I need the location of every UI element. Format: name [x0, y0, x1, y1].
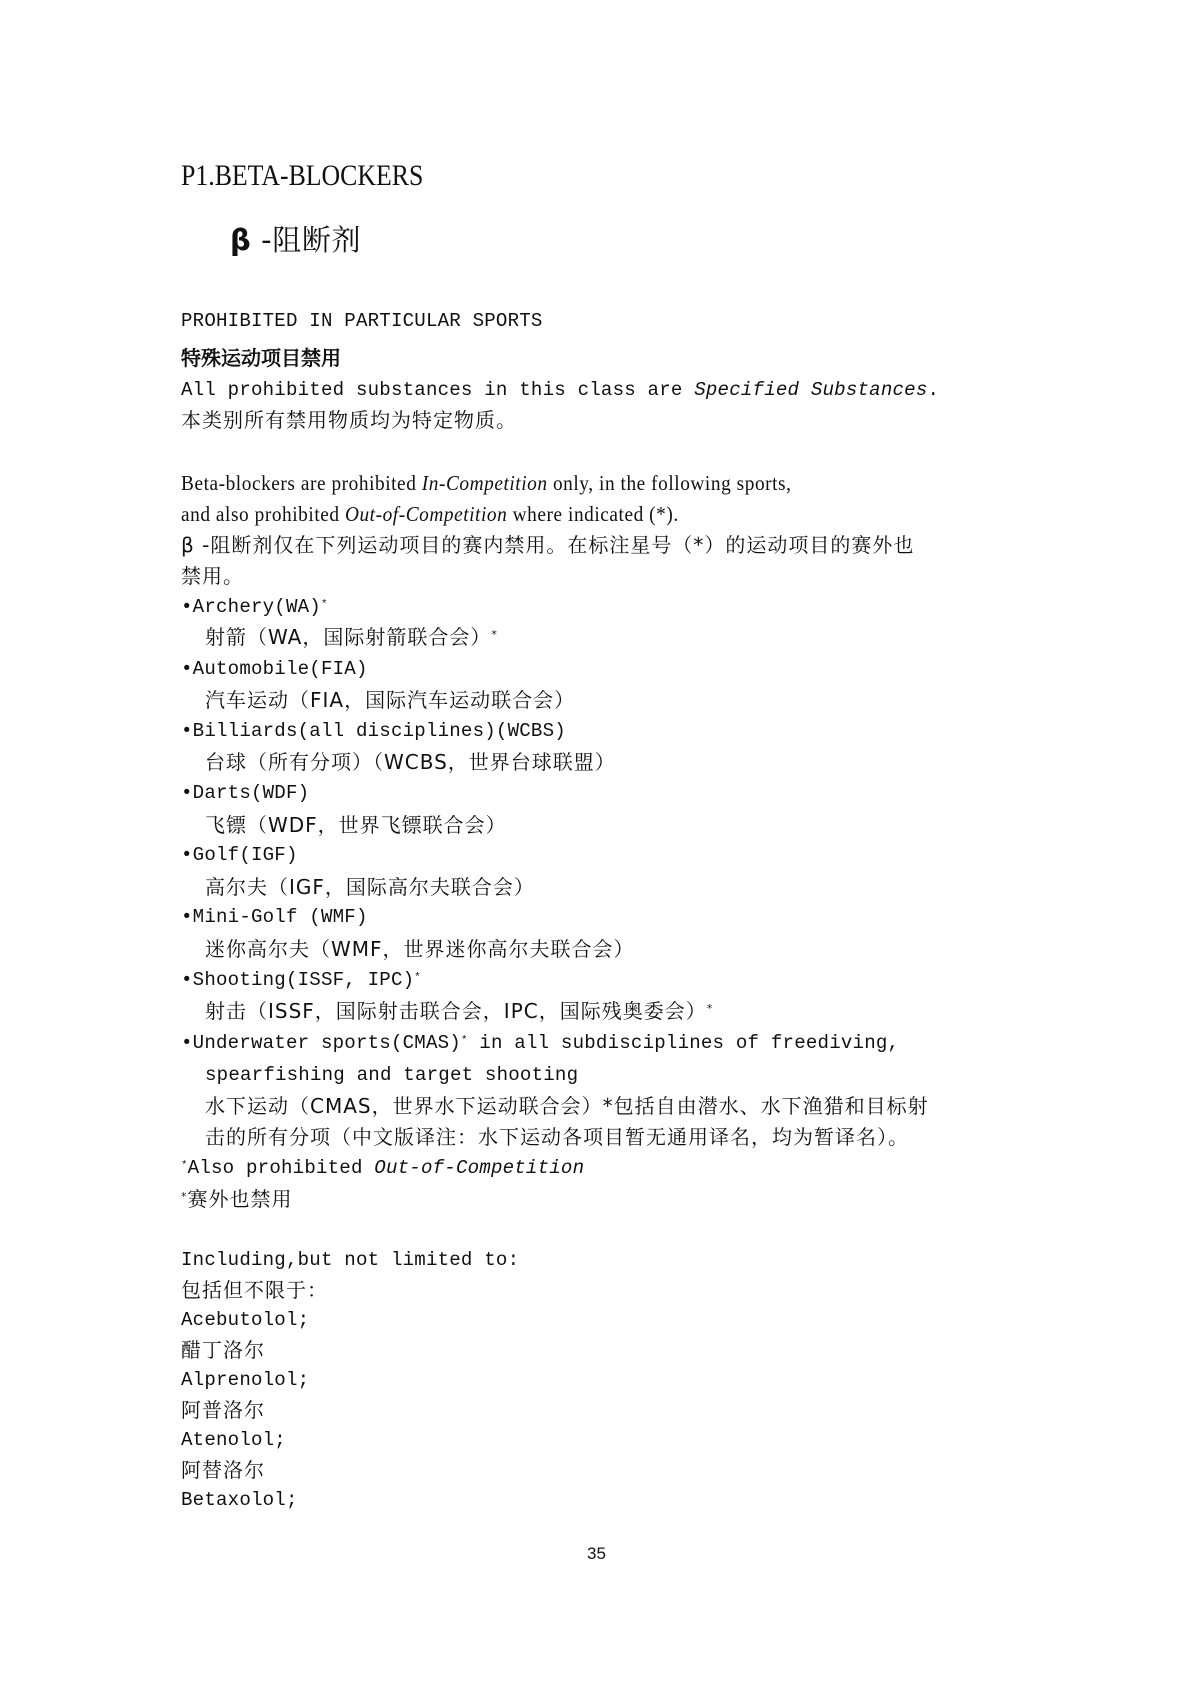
- text: and also prohibited: [181, 502, 345, 526]
- italic-term: Out-of-Competition: [345, 502, 507, 526]
- sport-item-underwater-cn-1: 水下运动（CMAS，世界水下运动联合会）*包括自由潜水、水下渔猎和目标射: [205, 1093, 929, 1119]
- sport-item-en: •Archery(WA)*: [181, 594, 328, 620]
- intro-cn-line-1: β -阻断剂仅在下列运动项目的赛内禁用。在标注星号（*）的运动项目的赛外也: [181, 532, 914, 558]
- footnote-cn: *赛外也禁用: [181, 1186, 293, 1212]
- text: •Mini-Golf (WMF): [181, 906, 368, 928]
- sport-item-underwater-en: •Underwater sports(CMAS)* in all subdisc…: [181, 1030, 899, 1056]
- text: .: [927, 379, 939, 401]
- text: only, in the following sports,: [548, 471, 792, 495]
- sport-item-en: •Automobile(FIA): [181, 656, 368, 682]
- italic-term: In-Competition: [422, 471, 548, 495]
- subtitle-text: -阻断剂: [251, 223, 361, 257]
- text: in all subdisciplines of freediving,: [468, 1032, 900, 1054]
- text: 高尔夫（IGF，国际高尔夫联合会）: [205, 875, 535, 899]
- asterisk-mark: *: [414, 972, 421, 984]
- sport-item-en: •Darts(WDF): [181, 780, 309, 806]
- section-heading-en: PROHIBITED IN PARTICULAR SPORTS: [181, 308, 543, 334]
- intro-en-line-2: and also prohibited Out-of-Competition w…: [181, 501, 679, 527]
- page-subtitle-cn: β -阻断剂: [230, 222, 361, 258]
- italic-term: Out-of-Competition: [374, 1157, 584, 1179]
- text: •Underwater sports(CMAS): [181, 1032, 461, 1054]
- text: 射箭（WA，国际射箭联合会）: [205, 625, 491, 649]
- text: All prohibited substances in this class …: [181, 379, 694, 401]
- substance-en: Acebutolol;: [181, 1307, 309, 1333]
- text: •Billiards(all disciplines)(WCBS): [181, 720, 566, 742]
- sport-item-cn: 迷你高尔夫（WMF，世界迷你高尔夫联合会）: [205, 936, 635, 962]
- intro-cn-line-2: 禁用。: [181, 563, 244, 589]
- asterisk-mark: *: [181, 1190, 188, 1203]
- intro-en-line-1: Beta-blockers are prohibited In-Competit…: [181, 470, 792, 496]
- sport-item-cn: 台球（所有分项）（WCBS，世界台球联盟）: [205, 749, 616, 775]
- page-title: P1.BETA-BLOCKERS: [181, 158, 423, 194]
- asterisk-mark: *: [461, 1035, 468, 1047]
- substance-cn: 阿替洛尔: [181, 1457, 265, 1483]
- sport-item-cn: 飞镖（WDF，世界飞镖联合会）: [205, 812, 507, 838]
- sport-item-cn: 高尔夫（IGF，国际高尔夫联合会）: [205, 874, 535, 900]
- text: Also prohibited: [188, 1157, 375, 1179]
- substance-en: Atenolol;: [181, 1427, 286, 1453]
- page-number: 35: [587, 1544, 606, 1564]
- substance-cn: 阿普洛尔: [181, 1397, 265, 1423]
- text: •Darts(WDF): [181, 782, 309, 804]
- sport-item-cn: 射击（ISSF，国际射击联合会，IPC，国际残奥委会）*: [205, 998, 713, 1024]
- sport-item-en: •Billiards(all disciplines)(WCBS): [181, 718, 566, 744]
- sport-item-en: •Mini-Golf (WMF): [181, 904, 368, 930]
- sport-item-en: •Shooting(ISSF, IPC)*: [181, 967, 421, 993]
- text: •Automobile(FIA): [181, 658, 368, 680]
- asterisk-mark: *: [707, 1002, 714, 1015]
- asterisk-mark: *: [491, 628, 498, 641]
- substance-en: Betaxolol;: [181, 1487, 298, 1513]
- text: 赛外也禁用: [188, 1187, 293, 1211]
- text: where indicated (*).: [507, 502, 678, 526]
- asterisk-mark: *: [181, 1160, 188, 1172]
- text: •Shooting(ISSF, IPC): [181, 969, 414, 991]
- text: 飞镖（WDF，世界飞镖联合会）: [205, 813, 507, 837]
- italic-term: Specified Substances: [694, 379, 927, 401]
- text: Beta-blockers are prohibited: [181, 471, 422, 495]
- sport-item-cn: 汽车运动（FIA，国际汽车运动联合会）: [205, 687, 575, 713]
- text: •Golf(IGF): [181, 844, 298, 866]
- sport-item-en: •Golf(IGF): [181, 842, 298, 868]
- document-page: P1.BETA-BLOCKERS β -阻断剂 PROHIBITED IN PA…: [0, 0, 1190, 1683]
- asterisk-mark: *: [321, 599, 328, 611]
- substance-cn: 醋丁洛尔: [181, 1337, 265, 1363]
- text: 迷你高尔夫（WMF，世界迷你高尔夫联合会）: [205, 937, 635, 961]
- specified-substances-cn: 本类别所有禁用物质均为特定物质。: [181, 407, 517, 433]
- text: 汽车运动（FIA，国际汽车运动联合会）: [205, 688, 575, 712]
- sport-item-cn: 射箭（WA，国际射箭联合会）*: [205, 624, 498, 650]
- including-en: Including,but not limited to:: [181, 1247, 519, 1273]
- text: 射击（ISSF，国际射击联合会，IPC，国际残奥委会）: [205, 999, 707, 1023]
- text: •Archery(WA): [181, 596, 321, 618]
- sport-item-underwater-en-2: spearfishing and target shooting: [205, 1062, 578, 1088]
- sport-item-underwater-cn-2: 击的所有分项（中文版译注：水下运动各项目暂无通用译名，均为暂译名）。: [205, 1124, 909, 1150]
- section-heading-cn: 特殊运动项目禁用: [181, 345, 341, 371]
- substance-en: Alprenolol;: [181, 1367, 309, 1393]
- beta-symbol: β: [230, 223, 251, 257]
- including-cn: 包括但不限于：: [181, 1277, 328, 1303]
- specified-substances-en: All prohibited substances in this class …: [181, 377, 939, 403]
- text: 台球（所有分项）（WCBS，世界台球联盟）: [205, 750, 616, 774]
- footnote-en: *Also prohibited Out-of-Competition: [181, 1155, 584, 1181]
